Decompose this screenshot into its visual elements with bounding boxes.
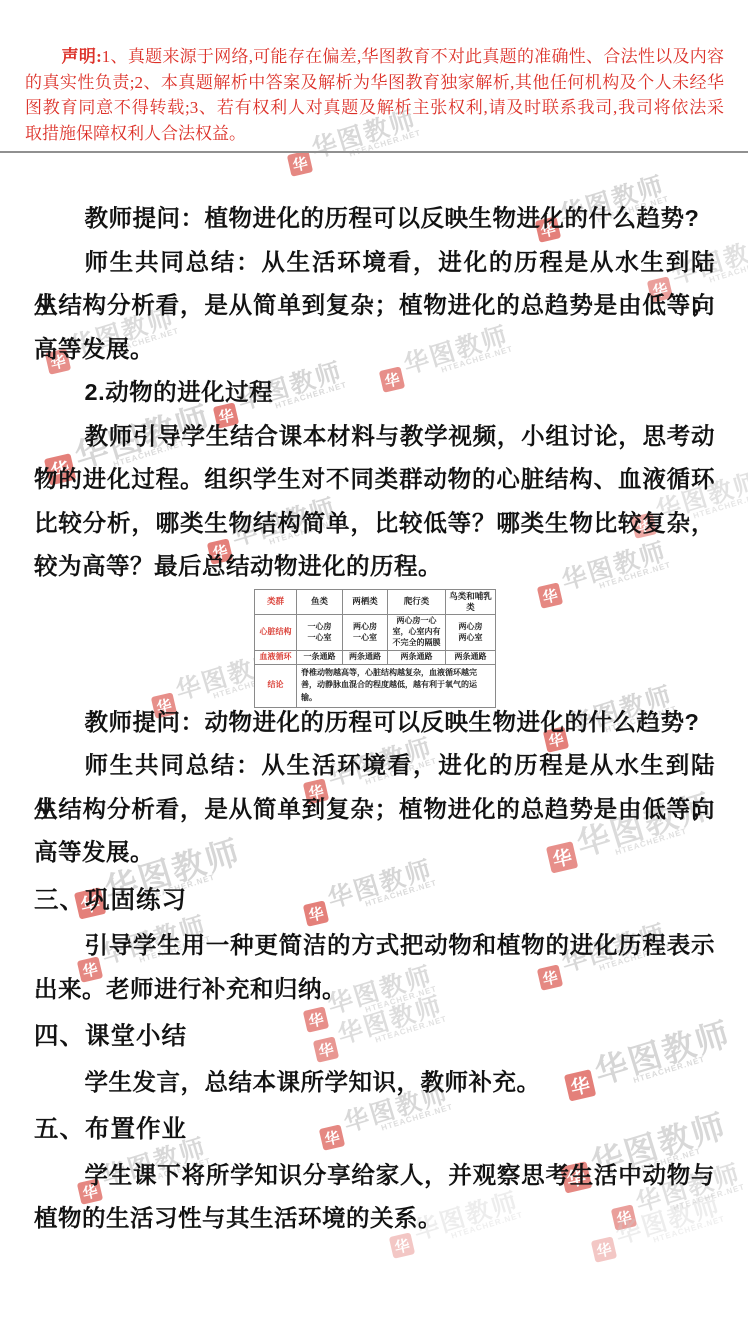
table-cell: 两心房 一心室 bbox=[343, 615, 388, 650]
disclaimer-text: 1、真题来源于网络,可能存在偏差,华图教育不对此真题的准确性、合法性以及内容 bbox=[102, 47, 724, 66]
paragraph-line: 学生发言，总结本课所学知识，教师补充。 bbox=[34, 1061, 715, 1105]
paragraph-line: 植物的生活习性与其生活环境的关系。 bbox=[34, 1197, 715, 1241]
paragraph-line: 比较分析，哪类生物结构简单，比较低等？哪类生物比较复杂， bbox=[34, 502, 715, 546]
paragraph-line: 教师提问：动物进化的历程可以反映生物进化的什么趋势? bbox=[34, 701, 715, 745]
table-cell: 两条通路 bbox=[388, 650, 446, 664]
lesson-plan-body: 教师提问：植物进化的历程可以反映生物进化的什么趋势? 师生共同总结：从生活环境看… bbox=[0, 197, 748, 1241]
table-cell: 一心房 一心室 bbox=[297, 615, 343, 650]
paragraph-line: 师生共同总结：从生活环境看，进化的历程是从水生到陆生； bbox=[34, 241, 715, 285]
paragraph-line: 从结构分析看，是从简单到复杂；植物进化的总趋势是由低等向 bbox=[34, 788, 715, 832]
paragraph-line: 出来。老师进行补充和归纳。 bbox=[34, 968, 715, 1012]
paragraph-line: 教师提问：植物进化的历程可以反映生物进化的什么趋势? bbox=[34, 197, 715, 241]
table-row-label: 心脏结构 bbox=[255, 615, 297, 650]
paragraph-line: 引导学生用一种更简洁的方式把动物和植物的进化历程表示 bbox=[34, 924, 715, 968]
table-col-header: 爬行类 bbox=[388, 589, 446, 615]
paragraph-line: 物的进化过程。组织学生对不同类群动物的心脏结构、血液循环 bbox=[34, 458, 715, 502]
paragraph-line: 师生共同总结：从生活环境看，进化的历程是从水生到陆生； bbox=[34, 744, 715, 788]
paragraph-line: 高等发展。 bbox=[34, 831, 715, 875]
table-col-header: 鱼类 bbox=[297, 589, 343, 615]
paragraph-line: 高等发展。 bbox=[34, 328, 715, 372]
document-content: 声明:1、真题来源于网络,可能存在偏差,华图教育不对此真题的准确性、合法性以及内… bbox=[0, 0, 748, 1241]
disclaimer-line: 声明:1、真题来源于网络,可能存在偏差,华图教育不对此真题的准确性、合法性以及内… bbox=[25, 44, 724, 70]
section-heading-homework: 五、布置作业 bbox=[34, 1108, 715, 1152]
table-row-heart: 心脏结构 一心房 一心室 两心房 一心室 两心房一心室，心室内有不完全的隔膜 两… bbox=[255, 615, 496, 650]
document-page: 华华图教师HTEACHER.NET华华图教师HTEACHER.NET华华图教师H… bbox=[0, 0, 748, 1335]
table-cell: 两条通路 bbox=[343, 650, 388, 664]
disclaimer-line: 图教育同意不得转载;3、若有权利人对真题及解析主张权利,请及时联系我司,我司将依… bbox=[25, 95, 724, 121]
table-col-header: 两栖类 bbox=[343, 589, 388, 615]
paragraph-line: 从结构分析看，是从简单到复杂；植物进化的总趋势是由低等向 bbox=[34, 284, 715, 328]
table-cell: 两心房 两心室 bbox=[446, 615, 496, 650]
table-cell: 一条通路 bbox=[297, 650, 343, 664]
paragraph-line: 教师引导学生结合课本材料与教学视频，小组讨论，思考动 bbox=[34, 415, 715, 459]
disclaimer-block: 声明:1、真题来源于网络,可能存在偏差,华图教育不对此真题的准确性、合法性以及内… bbox=[0, 0, 748, 153]
table-col-header: 鸟类和哺乳类 bbox=[446, 589, 496, 615]
paragraph-line: 学生课下将所学知识分享给家人，并观察思考生活中动物与 bbox=[34, 1154, 715, 1198]
disclaimer-line: 取措施保障权利人合法权益。 bbox=[25, 121, 724, 147]
table-row-blood: 血液循环 一条通路 两条通路 两条通路 两条通路 bbox=[255, 650, 496, 664]
paragraph-line: 较为高等？最后总结动物进化的历程。 bbox=[34, 545, 715, 589]
table-cell: 两条通路 bbox=[446, 650, 496, 664]
table-cell: 两心房一心室，心室内有不完全的隔膜 bbox=[388, 615, 446, 650]
heart-comparison-table: 类群 鱼类 两栖类 爬行类 鸟类和哺乳类 心脏结构 一心房 一心室 两心房 一心… bbox=[254, 589, 496, 709]
table-corner-cell: 类群 bbox=[255, 589, 297, 615]
section-heading-summary: 四、课堂小结 bbox=[34, 1015, 715, 1059]
section-heading-consolidation: 三、巩固练习 bbox=[34, 879, 715, 923]
table-row-label: 血液循环 bbox=[255, 650, 297, 664]
table-header-row: 类群 鱼类 两栖类 爬行类 鸟类和哺乳类 bbox=[255, 589, 496, 615]
disclaimer-line: 的真实性负责;2、本真题解析中答案及解析为华图教育独家解析,其他任何机构及个人未… bbox=[25, 70, 724, 96]
paragraph-line: 2.动物的进化过程 bbox=[34, 371, 715, 415]
disclaimer-prefix: 声明: bbox=[62, 47, 102, 66]
heart-comparison-figure: 类群 鱼类 两栖类 爬行类 鸟类和哺乳类 心脏结构 一心房 一心室 两心房 一心… bbox=[254, 589, 495, 701]
